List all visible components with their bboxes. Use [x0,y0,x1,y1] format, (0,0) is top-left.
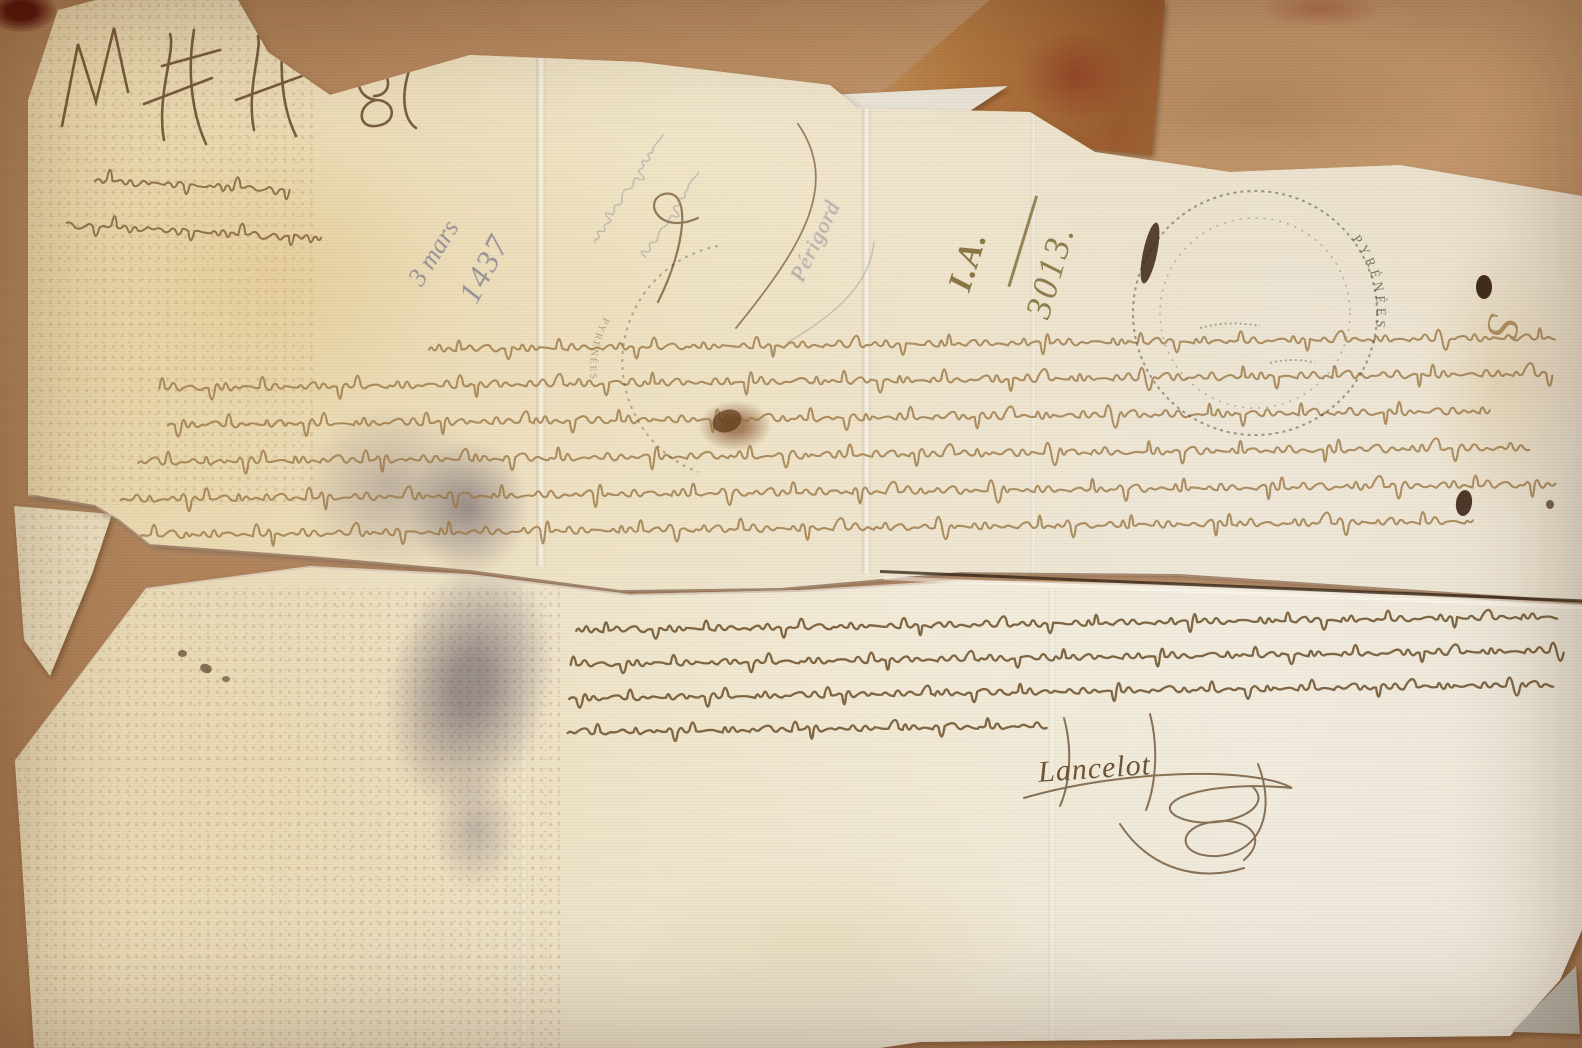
ink-speck [1546,500,1554,509]
ink-speck [178,650,187,657]
ink-speck [1476,275,1492,299]
manuscript-photo: 3 mars 1437 Périgord I.A. 3013. S PYRÉNÉ… [0,0,1582,1048]
red-smudge [1262,0,1378,26]
corner-stain [0,0,56,32]
bg-shade [1050,40,1470,180]
ink-speck [222,676,230,682]
cardboard-background [0,0,1582,1048]
